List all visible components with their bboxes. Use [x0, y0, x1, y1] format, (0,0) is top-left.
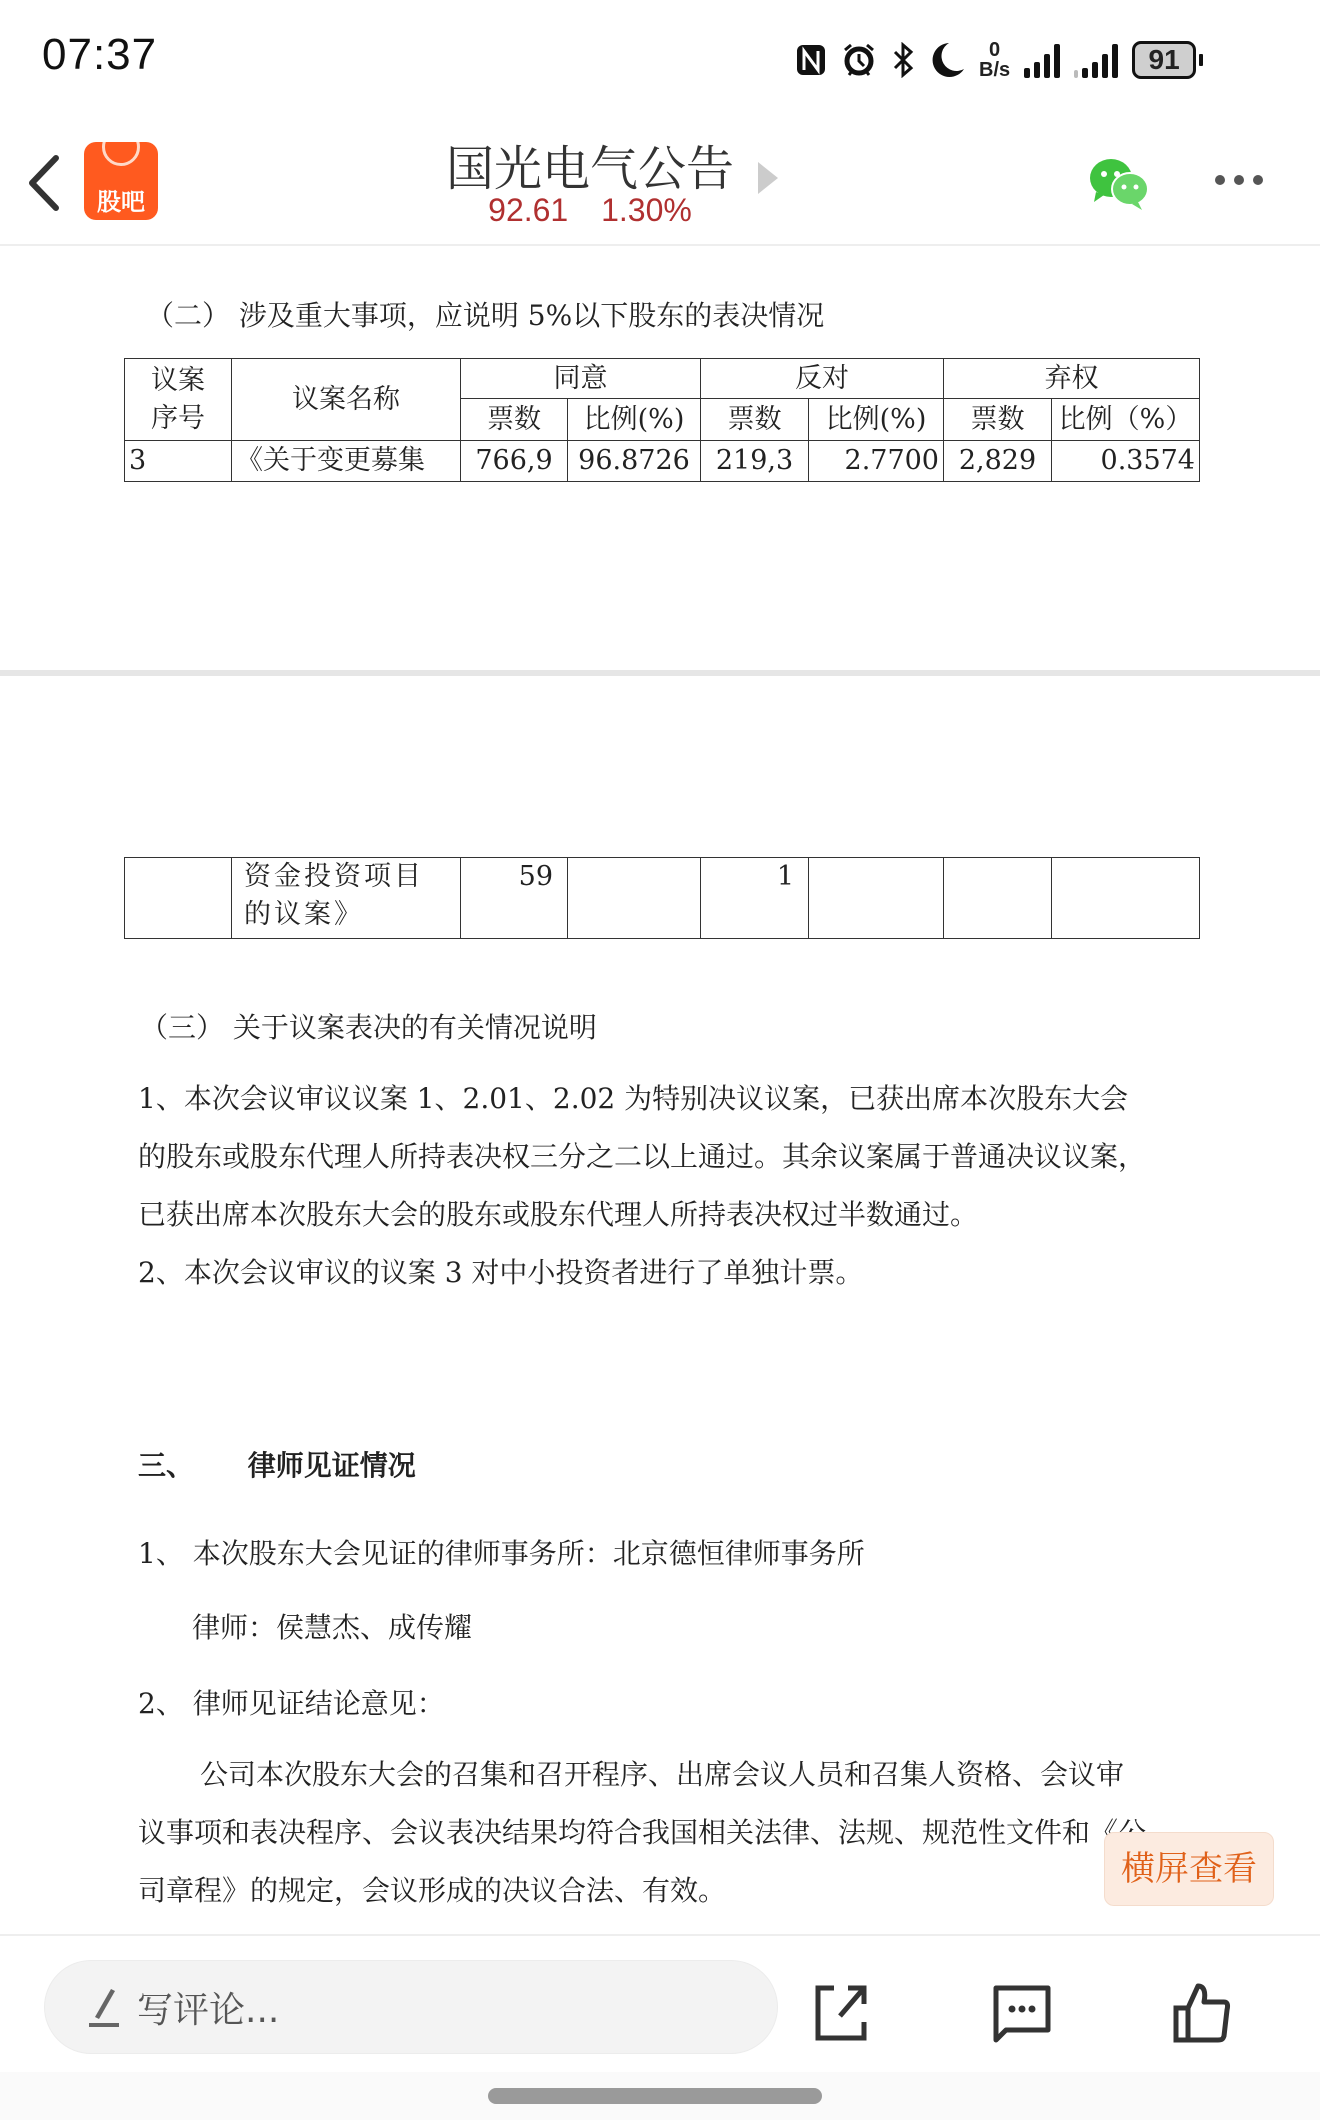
signal-sim2-icon — [1074, 42, 1118, 78]
home-gesture-bar[interactable] — [488, 2088, 822, 2104]
title-arrow-icon[interactable] — [758, 162, 778, 194]
section-3-heading: （三） 关于议案表决的有关情况说明 — [140, 1006, 597, 1046]
status-time: 07:37 — [42, 30, 157, 80]
lawyer-conclusion: 公司本次股东大会的召集和召开程序、出席会议人员和召集人资格、会议审 议事项和表决… — [138, 1746, 1238, 1920]
paragraph-line: 的股东或股东代理人所持表决权三分之二以上通过。其余议案属于普通决议议案， — [138, 1128, 1238, 1186]
cell-abstain-votes: 2,829 — [944, 441, 1052, 482]
like-button[interactable] — [1172, 1982, 1232, 2044]
bluetooth-icon — [891, 42, 915, 78]
share-icon — [812, 1982, 872, 2044]
header-oppose-votes: 票数 — [701, 399, 809, 441]
pencil-icon — [87, 1985, 123, 2029]
cell-seq: 3 — [125, 441, 232, 482]
stock-quote: 92.61 1.30% — [350, 192, 830, 229]
wechat-share-button[interactable] — [1086, 154, 1152, 212]
cell-agree-ratio: 96.8726 — [568, 441, 701, 482]
paragraph-line: 已获出席本次股东大会的股东或股东代理人所持表决权过半数通过。 — [138, 1186, 1238, 1244]
header: 股吧 国光电气公告 92.61 1.30% — [0, 120, 1320, 246]
part-3-number: 三、 — [138, 1449, 194, 1482]
battery-level: 91 — [1132, 41, 1196, 79]
cell-seq — [125, 858, 232, 939]
do-not-disturb-moon-icon — [929, 41, 965, 79]
share-button[interactable] — [812, 1982, 872, 2044]
header-abstain-ratio: 比例（%） — [1052, 399, 1200, 441]
cell-name: 资金投资项目 的议案》 — [232, 858, 461, 939]
landscape-view-button[interactable]: 横屏查看 — [1104, 1832, 1274, 1906]
nfc-icon — [795, 43, 827, 77]
net-speed: 0 B/s — [979, 40, 1010, 80]
cell-name: 《关于变更募集 — [232, 441, 461, 482]
header-agree-votes: 票数 — [461, 399, 568, 441]
paragraph-line: 公司本次股东大会的召集和召开程序、出席会议人员和召集人资格、会议审 — [138, 1746, 1238, 1804]
section-3-body: 1、本次会议审议议案 1、2.01、2.02 为特别决议议案，已获出席本次股东大… — [138, 1070, 1238, 1302]
cell-agree-ratio — [568, 858, 701, 939]
cell-oppose-votes: 219,3 — [701, 441, 809, 482]
table-row: 3 《关于变更募集 766,9 96.8726 219,3 2.7700 2,8… — [125, 441, 1200, 482]
header-seq: 议案 序号 — [125, 359, 232, 441]
part-3-heading: 三、 律师见证情况 — [138, 1444, 416, 1484]
comment-placeholder: 写评论... — [137, 1982, 279, 2033]
dot-icon — [1215, 175, 1225, 185]
header-oppose: 反对 — [701, 359, 944, 399]
alarm-icon — [841, 42, 877, 78]
paragraph-line: 1、本次会议审议议案 1、2.01、2.02 为特别决议议案，已获出席本次股东大… — [138, 1070, 1238, 1128]
lawyer-names: 律师：侯慧杰、成传耀 — [192, 1606, 472, 1646]
cell-agree-votes: 59 — [461, 858, 568, 939]
table-row: 资金投资项目 的议案》 59 1 — [125, 858, 1200, 939]
cell-oppose-ratio: 2.7700 — [809, 441, 944, 482]
lawyer-item-1: 1、 本次股东大会见证的律师事务所：北京德恒律师事务所 — [138, 1532, 865, 1572]
vote-table-continued: 资金投资项目 的议案》 59 1 — [124, 857, 1200, 939]
thumbs-up-icon — [1172, 1982, 1232, 2044]
paragraph-line: 司章程》的规定，会议形成的决议合法、有效。 — [138, 1862, 1238, 1920]
header-agree-ratio: 比例(%) — [568, 399, 701, 441]
stock-price: 92.61 — [488, 192, 568, 228]
header-agree: 同意 — [461, 359, 701, 399]
vote-table: 议案 序号 议案名称 同意 反对 弃权 票数 比例(%) 票数 比例(%) 票数… — [124, 358, 1200, 482]
cell-abstain-votes — [944, 858, 1052, 939]
battery-icon: 91 — [1132, 41, 1203, 79]
status-icons: 0 B/s 91 — [795, 38, 1203, 82]
cell-agree-votes: 766,9 — [461, 441, 568, 482]
cell-oppose-ratio — [809, 858, 944, 939]
wechat-icon — [1086, 154, 1152, 212]
back-button[interactable] — [20, 150, 70, 216]
more-options-button[interactable] — [1215, 168, 1273, 192]
dot-icon — [1253, 175, 1263, 185]
cell-abstain-ratio: 0.3574 — [1052, 441, 1200, 482]
section-2-heading: （二） 涉及重大事项，应说明 5%以下股东的表决情况 — [146, 294, 824, 334]
part-3-title: 律师见证情况 — [248, 1449, 416, 1482]
header-name: 议案名称 — [232, 359, 461, 441]
dot-icon — [1234, 175, 1244, 185]
header-oppose-ratio: 比例(%) — [809, 399, 944, 441]
signal-sim1-icon — [1024, 42, 1060, 78]
chevron-left-icon — [20, 150, 70, 216]
comment-icon — [992, 1982, 1052, 2044]
cell-abstain-ratio — [1052, 858, 1200, 939]
paragraph-line: 议事项和表决程序、会议表决结果均符合我国相关法律、法规、规范性文件和《公 — [138, 1804, 1238, 1862]
comment-input[interactable]: 写评论... — [44, 1960, 778, 2054]
header-abstain-votes: 票数 — [944, 399, 1052, 441]
comment-button[interactable] — [992, 1982, 1052, 2044]
header-abstain: 弃权 — [944, 359, 1200, 399]
bottom-bar: 写评论... — [0, 1934, 1320, 2054]
lawyer-item-2: 2、 律师见证结论意见： — [138, 1682, 445, 1722]
guba-app-logo[interactable]: 股吧 — [84, 142, 158, 220]
page-divider — [0, 670, 1320, 676]
cell-oppose-votes: 1 — [701, 858, 809, 939]
stock-change-percent: 1.30% — [601, 192, 692, 228]
paragraph-line: 2、本次会议审议的议案 3 对中小投资者进行了单独计票。 — [138, 1244, 1238, 1302]
